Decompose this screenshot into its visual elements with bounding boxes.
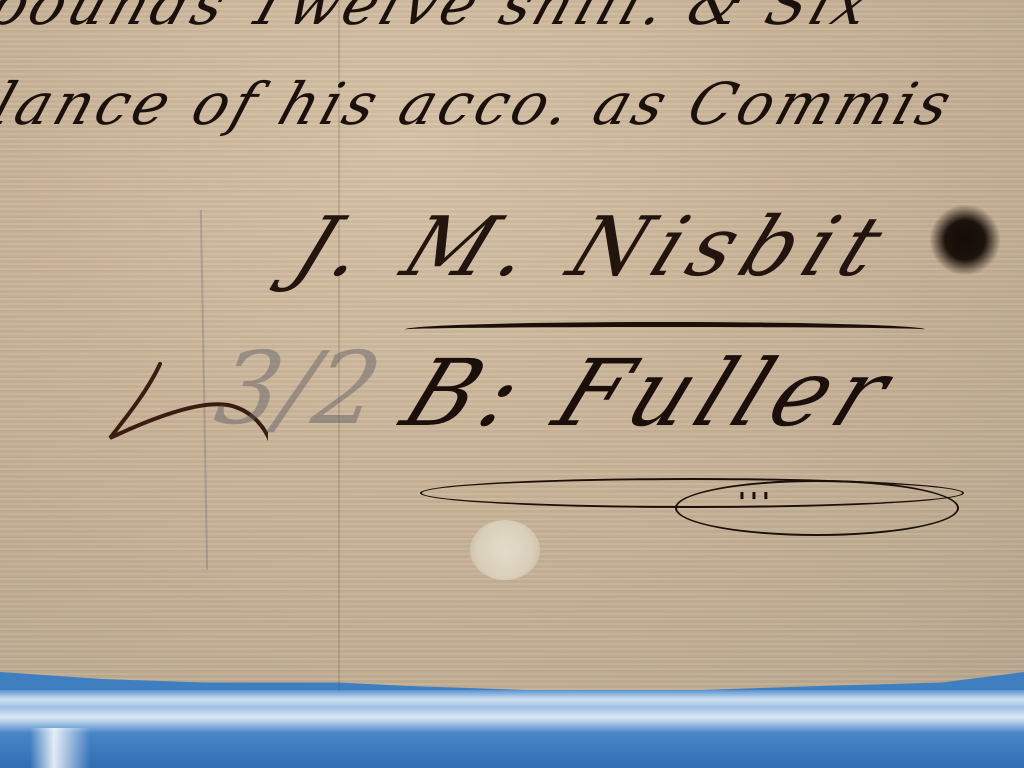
sleeve-glare: [30, 728, 90, 768]
ink-blot: [930, 205, 1000, 275]
handwritten-line-1: pounds Twelve shill. & Six: [0, 0, 883, 38]
pencil-margin-note: 3/2: [208, 330, 390, 447]
protective-sleeve-edge: [0, 690, 1024, 768]
handwritten-line-2: lance of his acco. as Commis: [0, 70, 963, 138]
signature-fuller: B: Fuller: [388, 340, 911, 447]
signature-underline-flourish: [405, 322, 925, 337]
paraph-dots: ''': [738, 488, 774, 518]
signature-nisbit: J. M. Nisbit: [281, 200, 906, 295]
signature-paraph-oval: [675, 480, 959, 536]
water-stain: [470, 520, 540, 580]
